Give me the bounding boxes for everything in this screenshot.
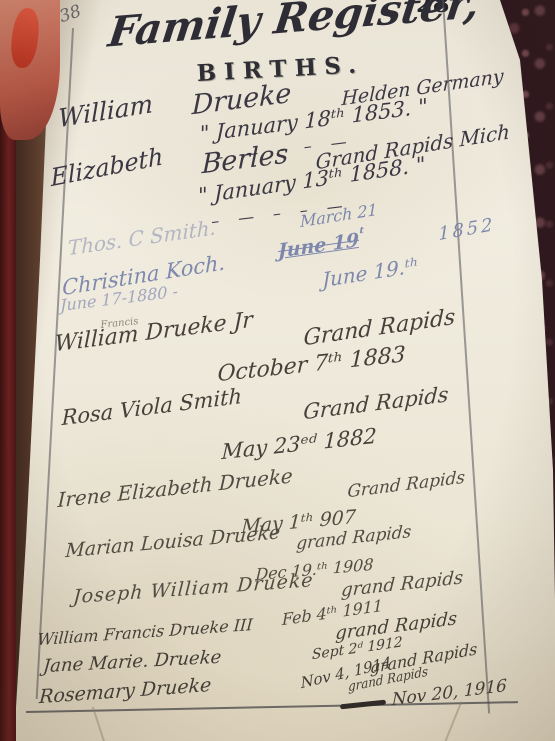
paper-crease (92, 707, 106, 741)
register-photo: 28 38 Family Register, BIRTHS. William D… (0, 0, 555, 741)
entry-rosa-name: Rosa Viola Smith (62, 384, 243, 430)
corner-mark: 38 (57, 1, 84, 27)
entry-irene-name: Irene Elizabeth Drueke (57, 463, 293, 512)
paper-crease (444, 701, 462, 741)
entry-williamjr-name: William Drueke Jr (55, 308, 253, 358)
entry-smith-date-crossed-out: June 19ᵗ (278, 223, 365, 263)
crossed-date-text: June 19 (278, 229, 359, 263)
crossed-out-word-scribble (340, 700, 386, 710)
entry-rosemary-name: Rosemary Drueke (38, 674, 212, 708)
entry-rosa-birthplace: Grand Rapids (303, 382, 449, 424)
entry-jane-name: Jane Marie. Drueke (42, 647, 222, 677)
entry-smith-name: Thos. C Smith. (68, 215, 216, 260)
entry-williamiii-name: William Francis Drueke III (37, 615, 254, 649)
entry-koch-birthdate: June 19.ᵗʰ (322, 253, 419, 292)
entry-irene-birthplace: Grand Rapids (347, 468, 466, 503)
crossed-date-superscript: ᵗ (359, 223, 365, 243)
entry-rosa-birthdate: May 23ᵉᵈ 1882 (221, 424, 377, 465)
entry-joseph-name: Joseph William Drueke (72, 569, 314, 608)
entry-elizabeth-name: Elizabeth (50, 142, 164, 192)
page-title: Family Register, (106, 0, 483, 57)
ruled-line-right (442, 0, 490, 714)
entry-william-name: William (58, 89, 153, 133)
entry-smith-year: 1852 (438, 214, 496, 245)
entry-marian-name: Marian Louisa Drueke (65, 521, 281, 562)
book-page: 28 38 Family Register, BIRTHS. William D… (0, 0, 555, 741)
